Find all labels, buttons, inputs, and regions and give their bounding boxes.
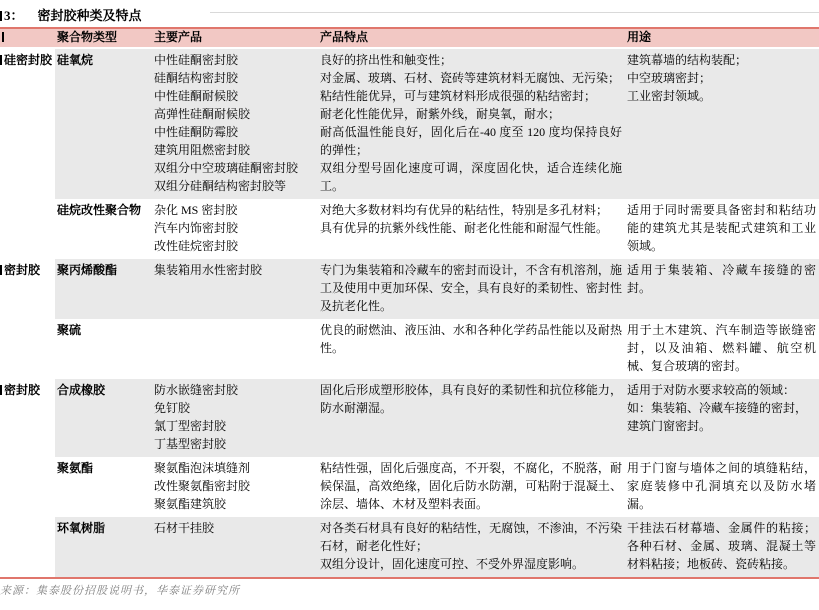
category-cell: 密封胶	[0, 259, 55, 319]
category-cell: 硅密封胶	[0, 49, 55, 199]
feature-line: 粘结性能优异，可与建筑材料形成很强的粘结密封；	[320, 87, 622, 105]
main-products-cell	[152, 319, 318, 379]
figure-number: 3：	[4, 8, 24, 23]
main-products-cell: 防水嵌缝密封胶免钉胶氯丁型密封胶丁基型密封胶	[152, 379, 318, 457]
header-usage: 用途	[625, 30, 819, 45]
header-category	[0, 30, 55, 45]
usage-line: 适用于同时需要具备密封和粘结功能的建筑尤其是装配式建筑和工业领域。	[627, 201, 816, 255]
product-line: 防水嵌缝密封胶	[154, 381, 315, 399]
usage-line: 建筑幕墙的结构装配；	[627, 51, 816, 69]
polymer-type-cell: 环氧树脂	[55, 517, 152, 577]
product-line: 汽车内饰密封胶	[154, 219, 315, 237]
table-header-row: 聚合物类型 主要产品 产品特点 用途	[0, 27, 819, 47]
usage-line: 干挂法石材幕墙、金属件的粘接；各种石材、金属、玻璃、混凝土等材料粘接；地板砖、瓷…	[627, 519, 816, 573]
main-products-cell: 聚氨酯泡沫填缝剂改性聚氨酯密封胶聚氨酯建筑胶	[152, 457, 318, 517]
table-row: 硅密封胶硅氧烷中性硅酮密封胶硅酮结构密封胶中性硅酮耐候胶高弹性硅酮耐候胶中性硅酮…	[0, 49, 819, 199]
report-figure-page: 3：密封胶种类及特点 聚合物类型 主要产品 产品特点 用途 硅密封胶硅氧烷中性硅…	[0, 0, 819, 610]
usage-cell: 适用于集装箱、冷藏车接缝的密封。	[625, 259, 819, 319]
figure-title-text: 密封胶种类及特点	[38, 8, 142, 23]
category-cell	[0, 199, 55, 259]
polymer-type-cell: 聚氨酯	[55, 457, 152, 517]
feature-line: 优良的耐燃油、液压油、水和各种化学药品性能以及耐热性。	[320, 321, 622, 357]
figure-title: 3：密封胶种类及特点	[0, 5, 819, 23]
title-rule-line	[210, 12, 819, 13]
header-polymer-type: 聚合物类型	[55, 30, 152, 45]
source-note: 来源：集泰股份招股说明书，华泰证券研究所	[0, 582, 819, 598]
feature-line: 对各类石材具有良好的粘结性，无腐蚀，不渗油，不污染石材，耐老化性好；	[320, 519, 622, 555]
clipped-char-fragment	[0, 11, 2, 21]
usage-line: 用于门窗与墙体之间的填缝粘结，家庭装修中孔洞填充以及防水堵漏。	[627, 459, 816, 513]
feature-line: 双组分设计，固化速度可控、不受外界湿度影响。	[320, 555, 622, 573]
main-products-cell: 集装箱用水性密封胶	[152, 259, 318, 319]
category-cell	[0, 457, 55, 517]
feature-line: 对金属、玻璃、石材、瓷砖等建筑材料无腐蚀、无污染；	[320, 69, 622, 87]
main-products-cell: 中性硅酮密封胶硅酮结构密封胶中性硅酮耐候胶高弹性硅酮耐候胶中性硅酮防霉胶建筑用阻…	[152, 49, 318, 199]
product-features-cell: 专门为集装箱和冷藏车的密封而设计，不含有机溶剂，施工及使用中更加环保、安全，具有…	[318, 259, 625, 319]
table-row: 聚氨酯聚氨酯泡沫填缝剂改性聚氨酯密封胶聚氨酯建筑胶粘结性强，固化后强度高，不开裂…	[0, 457, 819, 517]
category-cell	[0, 517, 55, 577]
usage-cell: 适用于对防水要求较高的领域：如：集装箱、冷藏车接缝的密封，建筑门窗密封。	[625, 379, 819, 457]
feature-line: 良好的挤出性和触变性；	[320, 51, 622, 69]
usage-line: 工业密封领域。	[627, 87, 816, 105]
product-line: 双组分硅酮结构密封胶等	[154, 177, 315, 195]
table-row: 聚硫优良的耐燃油、液压油、水和各种化学药品性能以及耐热性。用于土木建筑、汽车制造…	[0, 319, 819, 379]
feature-line: 双组分型号固化速度可调，深度固化快，适合连续化施工。	[320, 159, 622, 195]
feature-line: 耐老化性能优异，耐紫外线，耐臭氧，耐水；	[320, 105, 622, 123]
usage-line: 适用于对防水要求较高的领域：	[627, 381, 816, 399]
usage-line: 中空玻璃密封；	[627, 69, 816, 87]
usage-line: 用于土木建筑、汽车制造等嵌缝密封，以及油箱、燃料罐、航空机械、复合玻璃的密封。	[627, 321, 816, 375]
clipped-char-fragment	[0, 385, 2, 395]
usage-line: 适用于集装箱、冷藏车接缝的密封。	[627, 261, 816, 297]
clipped-char-fragment	[0, 265, 2, 275]
polymer-type-cell: 聚丙烯酸酯	[55, 259, 152, 319]
category-cell: 密封胶	[0, 379, 55, 457]
product-features-cell: 对绝大多数材料均有优异的粘结性，特别是多孔材料；具有优异的抗紫外线性能、耐老化性…	[318, 199, 625, 259]
clipped-char-fragment	[0, 55, 2, 65]
feature-line: 粘结性强，固化后强度高，不开裂，不腐化，不脱落，耐候保温，高效绝缘，固化后防水防…	[320, 459, 622, 513]
product-line: 中性硅酮防霉胶	[154, 123, 315, 141]
feature-line: 固化后形成塑形胶体，具有良好的柔韧性和抗位移能力，防水耐潮湿。	[320, 381, 622, 417]
product-line: 丁基型密封胶	[154, 435, 315, 453]
product-line: 聚氨酯泡沫填缝剂	[154, 459, 315, 477]
product-line: 硅酮结构密封胶	[154, 69, 315, 87]
polymer-type-cell: 硅烷改性聚合物	[55, 199, 152, 259]
polymer-type-cell: 聚硫	[55, 319, 152, 379]
usage-line: 建筑门窗密封。	[627, 417, 816, 435]
feature-line: 耐高低温性能良好，固化后在-40 度至 120 度均保持良好的弹性；	[320, 123, 622, 159]
sealant-types-table: 聚合物类型 主要产品 产品特点 用途 硅密封胶硅氧烷中性硅酮密封胶硅酮结构密封胶…	[0, 27, 819, 579]
usage-line: 如：集装箱、冷藏车接缝的密封，	[627, 399, 816, 417]
header-product-features: 产品特点	[318, 30, 625, 45]
feature-line: 对绝大多数材料均有优异的粘结性，特别是多孔材料；	[320, 201, 622, 219]
product-line: 建筑用阻燃密封胶	[154, 141, 315, 159]
category-cell	[0, 319, 55, 379]
clipped-char-fragment	[2, 32, 4, 42]
usage-cell: 用于门窗与墙体之间的填缝粘结，家庭装修中孔洞填充以及防水堵漏。	[625, 457, 819, 517]
product-line: 改性聚氨酯密封胶	[154, 477, 315, 495]
usage-cell: 干挂法石材幕墙、金属件的粘接；各种石材、金属、玻璃、混凝土等材料粘接；地板砖、瓷…	[625, 517, 819, 577]
main-products-cell: 石材干挂胶	[152, 517, 318, 577]
product-line: 中性硅酮密封胶	[154, 51, 315, 69]
usage-cell: 建筑幕墙的结构装配；中空玻璃密封；工业密封领域。	[625, 49, 819, 199]
feature-line: 专门为集装箱和冷藏车的密封而设计，不含有机溶剂，施工及使用中更加环保、安全，具有…	[320, 261, 622, 315]
product-line: 氯丁型密封胶	[154, 417, 315, 435]
feature-line: 具有优异的抗紫外线性能、耐老化性能和耐湿气性能。	[320, 219, 622, 237]
table-body: 硅密封胶硅氧烷中性硅酮密封胶硅酮结构密封胶中性硅酮耐候胶高弹性硅酮耐候胶中性硅酮…	[0, 49, 819, 577]
product-features-cell: 对各类石材具有良好的粘结性，无腐蚀，不渗油，不污染石材，耐老化性好；双组分设计，…	[318, 517, 625, 577]
product-line: 集装箱用水性密封胶	[154, 261, 315, 279]
product-line: 杂化 MS 密封胶	[154, 201, 315, 219]
usage-cell: 用于土木建筑、汽车制造等嵌缝密封，以及油箱、燃料罐、航空机械、复合玻璃的密封。	[625, 319, 819, 379]
table-row: 密封胶合成橡胶防水嵌缝密封胶免钉胶氯丁型密封胶丁基型密封胶固化后形成塑形胶体，具…	[0, 379, 819, 457]
product-features-cell: 固化后形成塑形胶体，具有良好的柔韧性和抗位移能力，防水耐潮湿。	[318, 379, 625, 457]
header-main-products: 主要产品	[152, 30, 318, 45]
product-line: 双组分中空玻璃硅酮密封胶	[154, 159, 315, 177]
product-line: 免钉胶	[154, 399, 315, 417]
polymer-type-cell: 合成橡胶	[55, 379, 152, 457]
table-row: 密封胶聚丙烯酸酯集装箱用水性密封胶专门为集装箱和冷藏车的密封而设计，不含有机溶剂…	[0, 259, 819, 319]
table-bottom-rule	[0, 577, 819, 579]
product-line: 聚氨酯建筑胶	[154, 495, 315, 513]
product-features-cell: 良好的挤出性和触变性；对金属、玻璃、石材、瓷砖等建筑材料无腐蚀、无污染；粘结性能…	[318, 49, 625, 199]
product-line: 中性硅酮耐候胶	[154, 87, 315, 105]
product-line: 石材干挂胶	[154, 519, 315, 537]
table-row: 环氧树脂石材干挂胶对各类石材具有良好的粘结性，无腐蚀，不渗油，不污染石材，耐老化…	[0, 517, 819, 577]
usage-cell: 适用于同时需要具备密封和粘结功能的建筑尤其是装配式建筑和工业领域。	[625, 199, 819, 259]
table-row: 硅烷改性聚合物杂化 MS 密封胶汽车内饰密封胶改性硅烷密封胶对绝大多数材料均有优…	[0, 199, 819, 259]
product-line: 改性硅烷密封胶	[154, 237, 315, 255]
main-products-cell: 杂化 MS 密封胶汽车内饰密封胶改性硅烷密封胶	[152, 199, 318, 259]
product-features-cell: 粘结性强，固化后强度高，不开裂，不腐化，不脱落，耐候保温，高效绝缘，固化后防水防…	[318, 457, 625, 517]
product-features-cell: 优良的耐燃油、液压油、水和各种化学药品性能以及耐热性。	[318, 319, 625, 379]
product-line: 高弹性硅酮耐候胶	[154, 105, 315, 123]
polymer-type-cell: 硅氧烷	[55, 49, 152, 199]
